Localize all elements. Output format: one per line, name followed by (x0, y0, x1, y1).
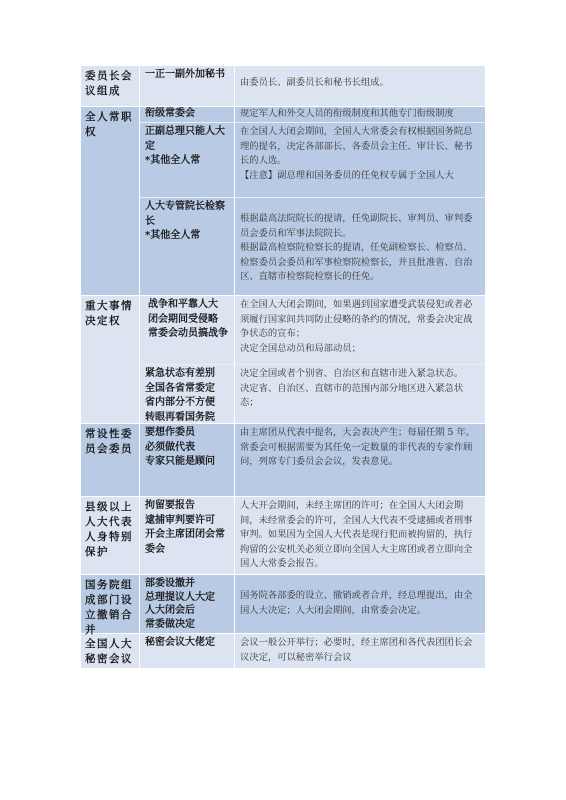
law-summary-table: 委员长会议组成 一正一副外加秘书 由委员长、副委员长和秘书长组成。 全人常职权 … (81, 66, 485, 668)
table-row: 委员长会议组成 一正一副外加秘书 由委员长、副委员长和秘书长组成。 (81, 66, 485, 106)
row-key: 战争和平靠人大 闭会期间受侵略 常委会动员搞战争 (140, 296, 235, 364)
row-key: 正副总理只能人大定 *其他全人常 (140, 123, 235, 197)
row-key: 秘密会议大佬定 (140, 634, 235, 668)
row-key: 一正一副外加秘书 (140, 66, 235, 106)
row-category: 国务院组成部门设立撤销合并 (81, 575, 140, 633)
row-detail: 规定军人和外交人员的衔级制度和其他专门衔级制度 (235, 107, 485, 122)
table-row: 全国人大秘密会议 秘密会议大佬定 会议一般公开举行；必要时，经主席团和各代表团团… (81, 633, 485, 668)
row-key: 要想作委员 必须做代表 专家只能是顾问 (140, 424, 235, 496)
row-key: 部委设撤并 总理提议人大定 人大闭会后 常委做决定 (140, 575, 235, 633)
row-category: 全国人大秘密会议 (81, 634, 140, 668)
row-category: 委员长会议组成 (81, 66, 140, 106)
row-detail: 国务院各部委的设立、撤销或者合并，经总理提出，由全国人大决定；人大闭会期间，由常… (235, 575, 485, 633)
table-row: 县级以上人大代表人身特别保护 拘留要报告 逮捕审判要许可 开会主席团闭会常委会 … (81, 496, 485, 574)
row-category: 重大事情决定权 (81, 296, 140, 423)
row-detail: 由委员长、副委员长和秘书长组成。 (235, 66, 485, 106)
row-detail: 根据最高法院院长的提请，任免副院长、审判员、审判委员会委员和军事法院院长。 根据… (235, 198, 485, 295)
row-detail: 由主席团从代表中提名，大会表决产生；每届任期 5 年。 常委会可根据需要为其任免… (235, 424, 485, 496)
table-row: 国务院组成部门设立撤销合并 部委设撤并 总理提议人大定 人大闭会后 常委做决定 … (81, 574, 485, 633)
row-detail: 在全国人大闭会期间，全国人大常委会有权根据国务院总理的提名，决定各部部长、各委员… (235, 123, 485, 197)
row-key: 衔级常委会 (140, 107, 235, 122)
table-row: 重大事情决定权 战争和平靠人大 闭会期间受侵略 常委会动员搞战争 在全国人大闭会… (81, 295, 485, 423)
row-detail: 在全国人大闭会期间，如果遇到国家遭受武装侵犯或者必须履行国家间共同防止侵略的条约… (235, 296, 485, 364)
row-category: 常设性委员会委员 (81, 424, 140, 496)
table-row: 常设性委员会委员 要想作委员 必须做代表 专家只能是顾问 由主席团从代表中提名，… (81, 423, 485, 496)
row-detail: 会议一般公开举行；必要时，经主席团和各代表团团长会议决定，可以秘密举行会议 (235, 634, 485, 668)
row-key: 拘留要报告 逮捕审判要许可 开会主席团闭会常委会 (140, 497, 235, 574)
row-category: 县级以上人大代表人身特别保护 (81, 497, 140, 574)
row-detail: 决定全国或者个别省、自治区和直辖市进入紧急状态。 决定省、自治区、直辖市的范围内… (235, 365, 485, 427)
table-row: 全人常职权 衔级常委会 规定军人和外交人员的衔级制度和其他专门衔级制度 正副总理… (81, 106, 485, 295)
row-key: 人大专管院长检察长 *其他全人常 (140, 198, 235, 295)
row-category: 全人常职权 (81, 107, 140, 295)
row-detail: 人大开会期间，未经主席团的许可；在全国人大闭会期间，未经常委会的许可，全国人大代… (235, 497, 485, 574)
row-key: 紧急状态有差别 全国各省常委定 省内部分不方便 转眼再看国务院 (140, 365, 235, 427)
